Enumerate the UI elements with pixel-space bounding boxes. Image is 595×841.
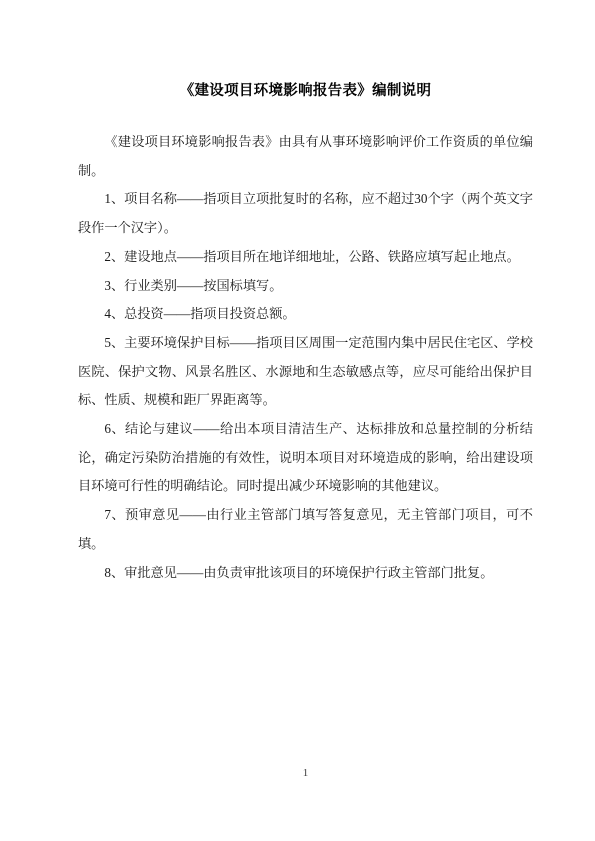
document-page: 《建设项目环境影响报告表》编制说明 《建设项目环境影响报告表》由具有从事环境影响… — [0, 0, 595, 841]
list-item-conclusions-suggestions: 6、结论与建议——给出本项目清洁生产、达标排放和总量控制的分析结论，确定污染防治… — [78, 415, 533, 501]
document-content: 《建设项目环境影响报告表》编制说明 《建设项目环境影响报告表》由具有从事环境影响… — [78, 0, 533, 587]
intro-paragraph: 《建设项目环境影响报告表》由具有从事环境影响评价工作资质的单位编制。 — [78, 128, 533, 185]
list-item-project-name: 1、项目名称——指项目立项批复时的名称，应不超过30个字（两个英文字段作一个汉字… — [78, 185, 533, 242]
document-title: 《建设项目环境影响报告表》编制说明 — [78, 77, 533, 106]
list-item-industry-category: 3、行业类别——按国标填写。 — [78, 272, 533, 301]
list-item-total-investment: 4、总投资——指项目投资总额。 — [78, 300, 533, 329]
page-number: 1 — [78, 766, 533, 780]
list-item-approval-opinion: 8、审批意见——由负责审批该项目的环境保护行政主管部门批复。 — [78, 559, 533, 588]
list-item-protection-targets: 5、主要环境保护目标——指项目区周围一定范围内集中居民住宅区、学校医院、保护文物… — [78, 329, 533, 415]
list-item-preliminary-review: 7、预审意见——由行业主管部门填写答复意见，无主管部门项目，可不填。 — [78, 501, 533, 558]
list-item-construction-site: 2、建设地点——指项目所在地详细地址，公路、铁路应填写起止地点。 — [78, 243, 533, 272]
